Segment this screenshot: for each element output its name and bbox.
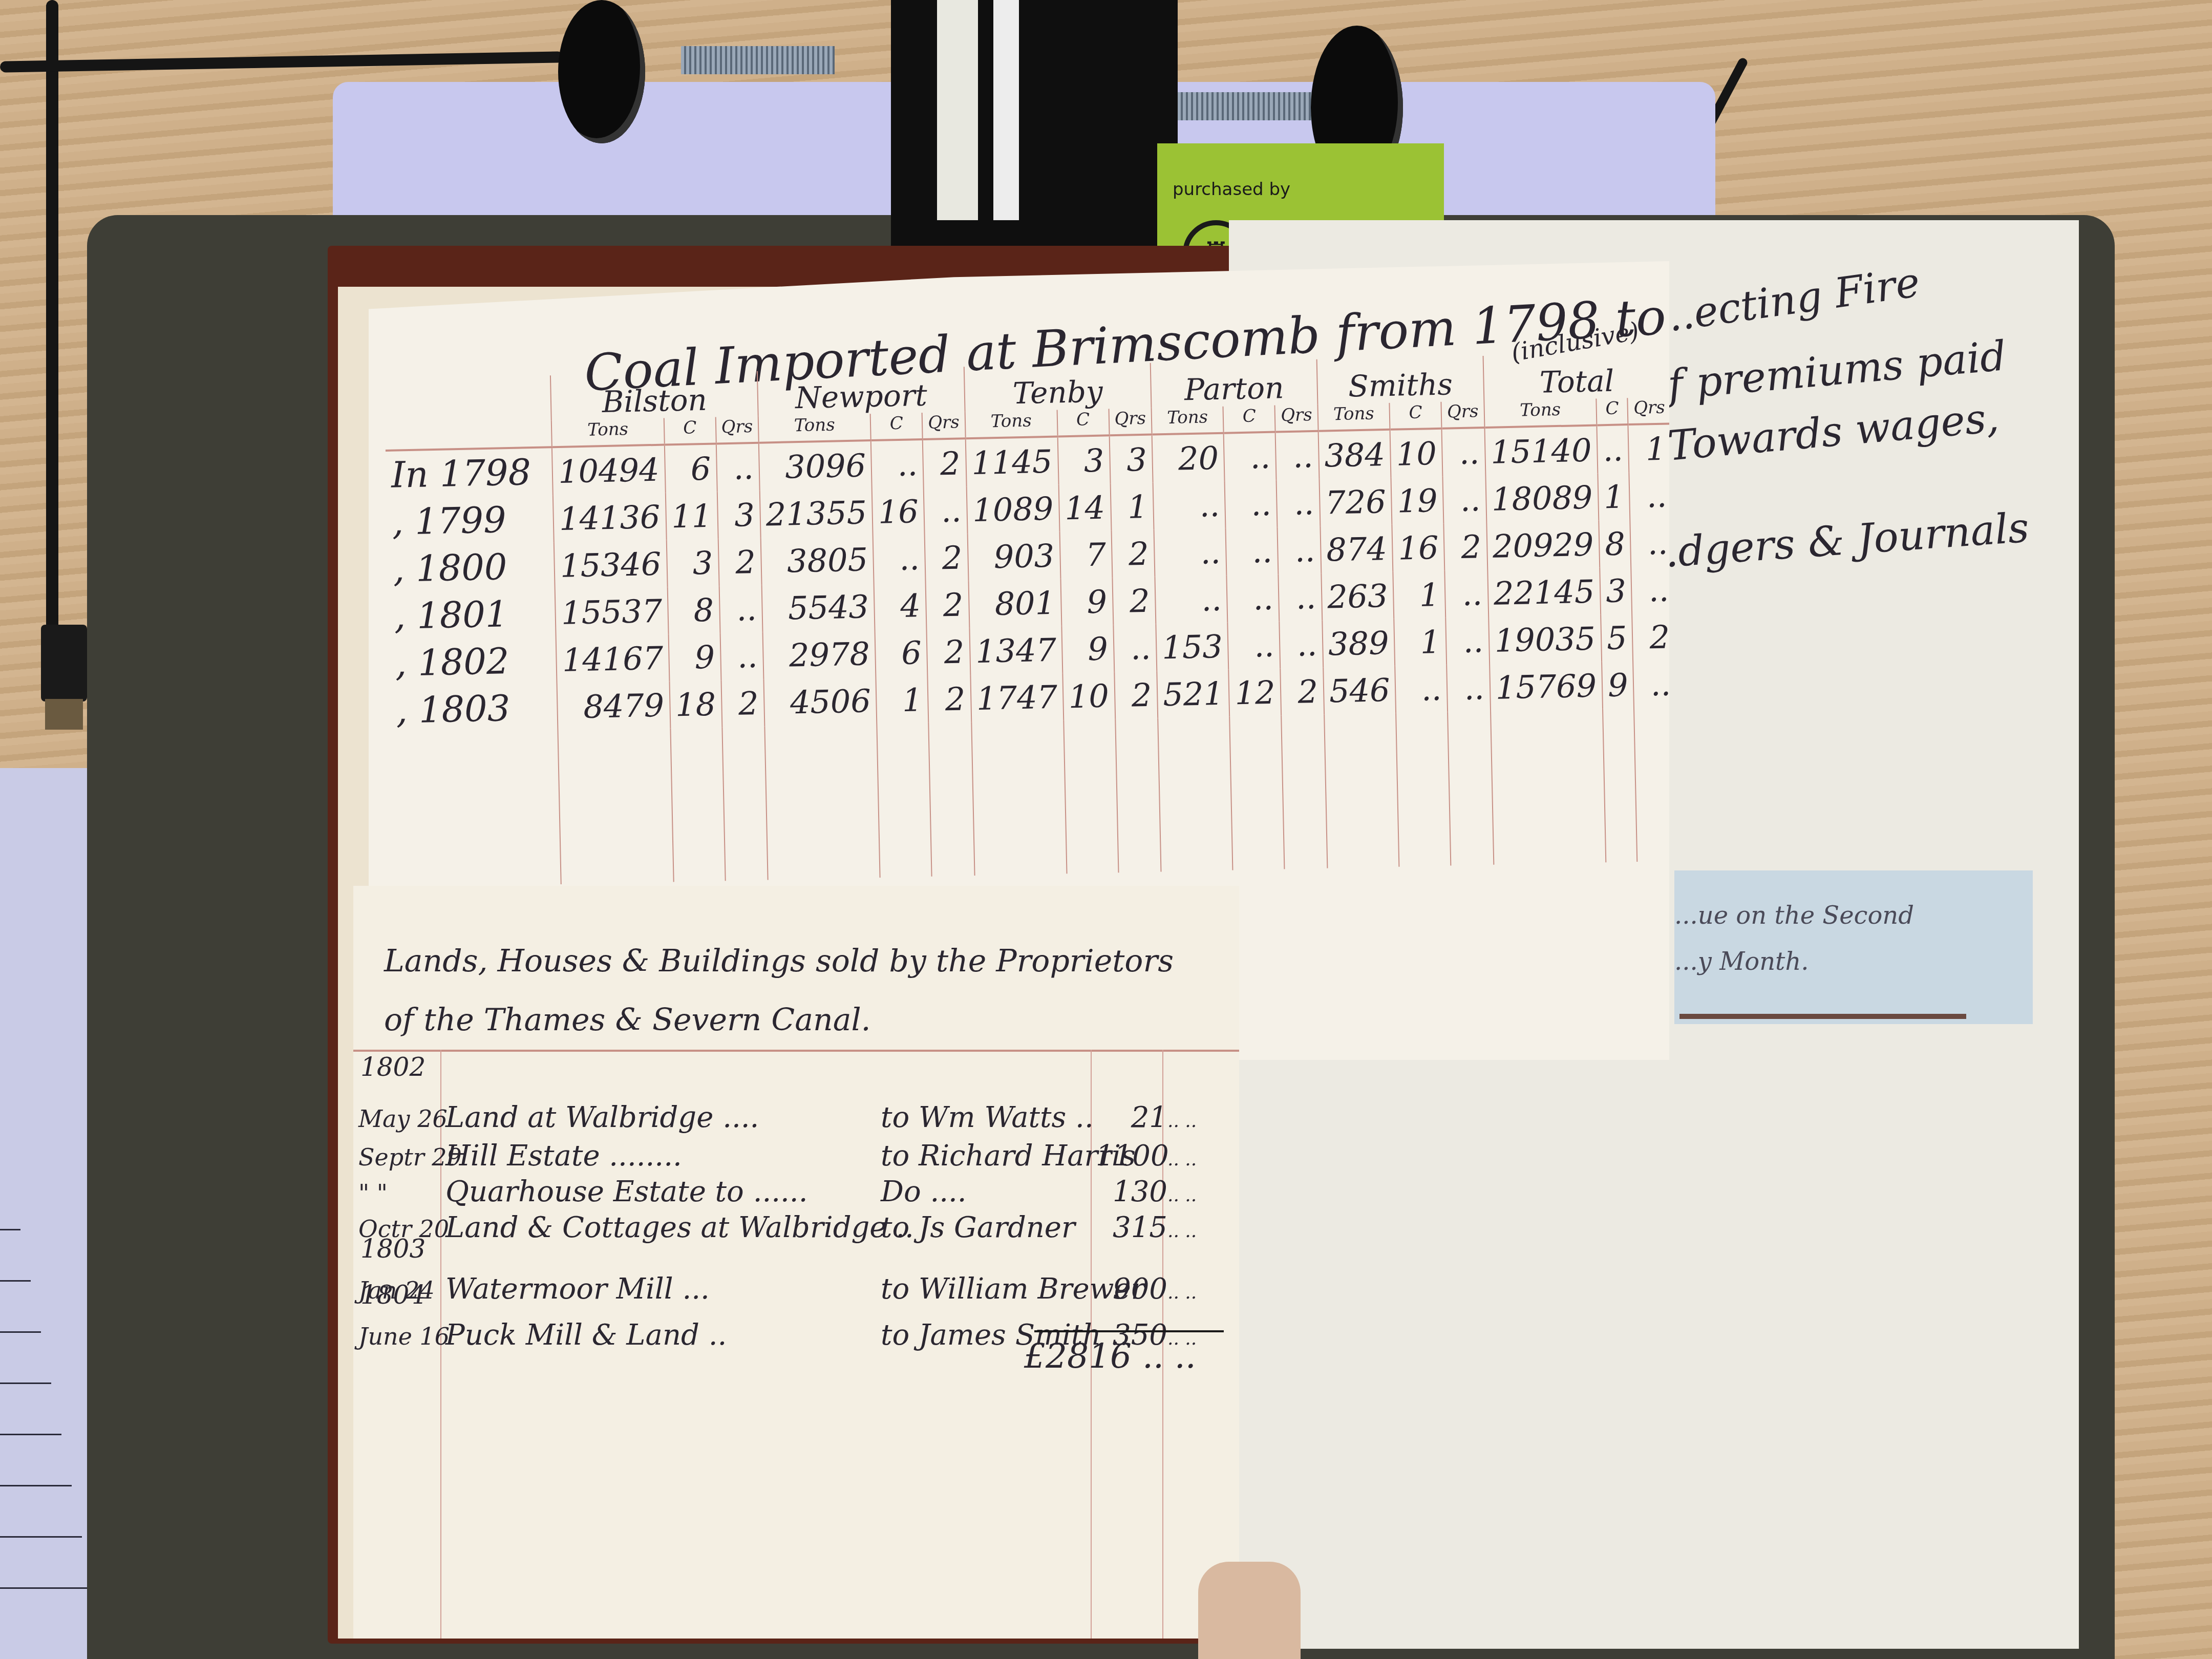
table-cell: 10 [1390,429,1443,478]
clamp-rod [1178,92,1331,120]
table-cell: 2 [718,538,761,586]
table-cell: 6 [875,629,928,677]
coal-table-body: In 1798104946..3096..211453320....38410.… [386,423,1679,887]
unit-header: C [1223,406,1275,433]
clamp-knob[interactable] [558,0,645,143]
table-cell: 1145 [965,436,1058,486]
table-cell: 1347 [969,626,1062,675]
unit-header: Qrs [922,412,966,439]
table-cell: .. [716,443,760,492]
table-cell: .. [1154,528,1227,577]
unit-header: C [1390,402,1442,430]
cable [46,0,58,640]
unit-header: C [870,413,923,440]
table-cell: 11 [665,492,718,540]
entry-buyer: to Wm Watts .. [881,1101,1096,1134]
clamp-rod [681,46,835,74]
table-cell: 16 [872,487,925,536]
entry-description: Quarhouse Estate to ...... [445,1175,881,1208]
table-cell: 5543 [762,583,875,632]
table-cell: 3 [717,491,760,539]
table-cell: 15769 [1490,662,1603,711]
table-cell: .. [1275,431,1320,480]
entry-description: Land & Cottages at Walbridge .. [445,1211,881,1244]
table-cell: 2 [721,679,764,728]
entry-amount: 1100 [1096,1139,1167,1173]
table-cell: .. [1395,665,1448,713]
table-cell: .. [1630,519,1673,567]
table-cell: 15537 [555,587,668,637]
entry-date: Septr 29 [358,1143,445,1171]
lands-sold-sheet: Lands, Houses & Buildings sold by the Pr… [353,886,1239,1639]
usb-connector [41,625,87,701]
entry-buyer: to Js Gardner [881,1211,1096,1244]
lands-total: £2816 .. .. [1024,1336,1196,1376]
table-cell: .. [871,439,924,488]
table-cell: 9 [1061,625,1114,673]
table-cell: .. [1225,480,1278,528]
table-cell: 2 [1111,530,1155,578]
table-cell: 1747 [970,673,1064,722]
table-cell: 20 [1152,433,1225,483]
table-cell: .. [720,632,763,680]
list-item: Octr 20Land & Cottages at Walbridge ..to… [358,1211,1198,1244]
entry-date: June 16 [358,1323,445,1350]
table-cell: .. [1445,617,1489,665]
entry-date: Jan 24 [358,1277,445,1304]
table-cell: .. [1226,527,1279,576]
slip-line: ...y Month. [1674,947,1809,976]
unit-header: Tons [758,414,871,443]
unit-header: Tons [1317,403,1390,431]
table-cell: .. [1629,472,1672,520]
row-year: , 1802 [390,636,557,687]
entry-date: Octr 20 [358,1215,445,1243]
table-cell: 801 [968,579,1061,628]
table-cell: 19035 [1488,614,1602,664]
unit-header: C [1057,409,1109,436]
table-cell: .. [1228,621,1281,669]
table-cell: 3805 [761,536,874,585]
table-cell: .. [1279,573,1322,622]
column-header: Tenby [964,363,1152,412]
table-cell: 1089 [966,484,1059,534]
table-cell: 12 [1229,668,1282,716]
table-cell: 15140 [1484,425,1598,476]
table-cell: 389 [1322,619,1395,668]
table-cell: 1 [876,676,929,724]
list-item: " "Quarhouse Estate to ......Do ....130.… [358,1175,1198,1208]
table-cell: 726 [1319,478,1392,526]
list-item: Septr 29Hill Estate ........to Richard H… [358,1139,1198,1173]
entry-shillings-pence: .. .. [1167,1149,1198,1170]
table-cell: 9 [1060,578,1113,626]
column-header: Bilston [550,371,758,420]
entry-description: Puck Mill & Land .. [445,1318,881,1352]
table-cell: 3 [666,539,719,587]
entry-amount: 130 [1096,1175,1167,1208]
table-cell: .. [924,486,967,535]
table-cell: 18 [669,680,722,728]
table-cell: .. [1443,476,1486,524]
right-page-line: ...dgers & Journals [1637,503,2031,578]
unit-header: Qrs [1628,397,1671,424]
table-cell: 2 [1114,671,1158,719]
row-year: , 1799 [387,495,554,546]
entry-shillings-pence: .. .. [1167,1111,1198,1132]
unit-header: Tons [1152,407,1224,435]
unit-header: Qrs [1275,405,1318,432]
right-page-line: ...ecting Fire [1652,258,1923,343]
table-cell: 2 [1112,577,1156,625]
table-cell: 546 [1323,666,1396,715]
table-cell: .. [1224,432,1277,481]
table-cell: 2 [925,534,968,582]
row-year: , 1801 [389,589,556,640]
row-year: , 1800 [388,542,555,593]
entry-buyer: to Richard Harris [881,1139,1096,1173]
table-cell: 16 [1392,524,1445,572]
table-cell: 5 [1601,614,1633,662]
unit-header: Tons [551,418,664,448]
table-cell: 20929 [1486,520,1600,570]
entry-description: Watermoor Mill ... [445,1272,881,1306]
table-cell: 22145 [1487,567,1601,617]
table-cell: 8 [1599,520,1631,567]
table-cell: 4506 [764,677,877,727]
row-year: , 1803 [391,684,558,734]
table-cell: .. [1113,624,1157,672]
table-cell: 3 [1600,567,1632,614]
year-label: 1802 [360,1052,426,1082]
table-cell: 14136 [553,493,666,543]
row-year: In 1798 [386,447,553,499]
table-cell: .. [1153,481,1226,530]
table-cell: .. [1442,428,1486,477]
table-cell: .. [1155,576,1228,624]
table-cell: 384 [1318,430,1391,479]
table-cell: 21355 [760,488,873,538]
table-cell: 2 [926,581,969,629]
table-cell: 1 [1394,618,1447,666]
table-cell: .. [1280,621,1323,669]
table-cell: 2 [1281,668,1324,716]
unit-header: Qrs [715,416,759,444]
entry-shillings-pence: .. .. [1167,1221,1198,1242]
table-cell: 9 [668,633,721,681]
column-header: Smiths [1317,356,1484,405]
table-cell: 9 [1602,661,1634,709]
table-cell: 10 [1062,672,1115,720]
table-cell: 521 [1157,670,1229,718]
entry-shillings-pence: .. .. [1167,1185,1198,1206]
entry-amount: 900 [1096,1272,1167,1306]
entry-buyer: Do .... [881,1175,1096,1208]
table-cell: 1 [1393,571,1446,619]
table-cell: 2 [927,628,970,676]
table-cell: 263 [1321,572,1394,621]
table-cell: 2 [1632,613,1675,661]
entry-buyer: to William Brewer [881,1272,1096,1306]
tipped-in-slip: ...ue on the Second ...y Month. [1674,870,2033,1024]
table-cell: 15346 [554,540,667,590]
table-cell: .. [719,585,762,633]
table-cell: 18089 [1485,473,1599,523]
unit-header: Tons [965,410,1057,438]
table-cell: 2 [928,675,971,723]
table-cell: 19 [1391,477,1444,525]
table-cell: 3 [1057,435,1110,484]
column-header: Newport [757,367,965,416]
column-header: Total [1483,352,1670,401]
sticker-purchased-by: purchased by [1173,179,1290,200]
table-cell: 14167 [556,634,669,684]
table-cell: .. [1631,566,1674,614]
table-cell: 7 [1059,530,1112,579]
coal-import-table: Bilston Newport Tenby Parton Smiths Tota… [384,352,1679,887]
entry-amount: 315 [1096,1211,1167,1244]
column-header: Parton [1151,359,1318,408]
entry-description: Hill Estate ........ [445,1139,881,1173]
table-cell: 3096 [759,440,872,491]
unit-header: C [664,417,716,444]
table-cell: 1 [1598,473,1630,520]
table-cell: .. [1227,575,1280,623]
table-cell: 6 [664,443,717,493]
table-cell: .. [1444,570,1488,618]
table-cell: 874 [1320,525,1393,573]
lands-sheet-title: Lands, Houses & Buildings sold by the Pr… [384,932,1174,1050]
entry-date: " " [358,1179,445,1207]
unit-header: Qrs [1109,408,1152,436]
entry-description: Land at Walbridge .... [445,1101,881,1134]
entry-shillings-pence: .. .. [1167,1282,1198,1303]
table-cell: 10494 [552,445,665,496]
table-cell: 2978 [763,630,876,679]
table-cell: .. [1278,526,1321,575]
unit-header: C [1596,398,1628,425]
hand-thumb [1198,1562,1301,1659]
table-cell: 2 [1444,523,1487,571]
table-cell: .. [1277,479,1320,527]
table-cell: .. [873,535,926,583]
table-cell: 8479 [557,681,670,731]
table-cell: 2 [923,438,967,487]
table-cell: 14 [1058,483,1111,531]
unit-header: Tons [1484,398,1597,428]
table-cell: .. [1447,664,1490,712]
table-cell: 153 [1156,623,1228,671]
table-cell: 4 [874,582,927,630]
unit-header: Qrs [1441,401,1485,429]
entry-date: May 26 [358,1105,445,1133]
table-cell: 1 [1110,483,1154,531]
table-cell: 8 [667,586,720,634]
entry-amount: 21 [1096,1101,1167,1134]
table-cell: 903 [967,531,1060,581]
list-item: May 26Land at Walbridge ....to Wm Watts … [358,1101,1198,1134]
table-cell: 1 [1628,423,1672,473]
slip-line: ...ue on the Second [1674,901,1914,930]
table-cell: .. [1597,424,1629,473]
table-cell: 3 [1109,435,1153,484]
list-item: Jan 24Watermoor Mill ...to William Brewe… [358,1272,1198,1306]
